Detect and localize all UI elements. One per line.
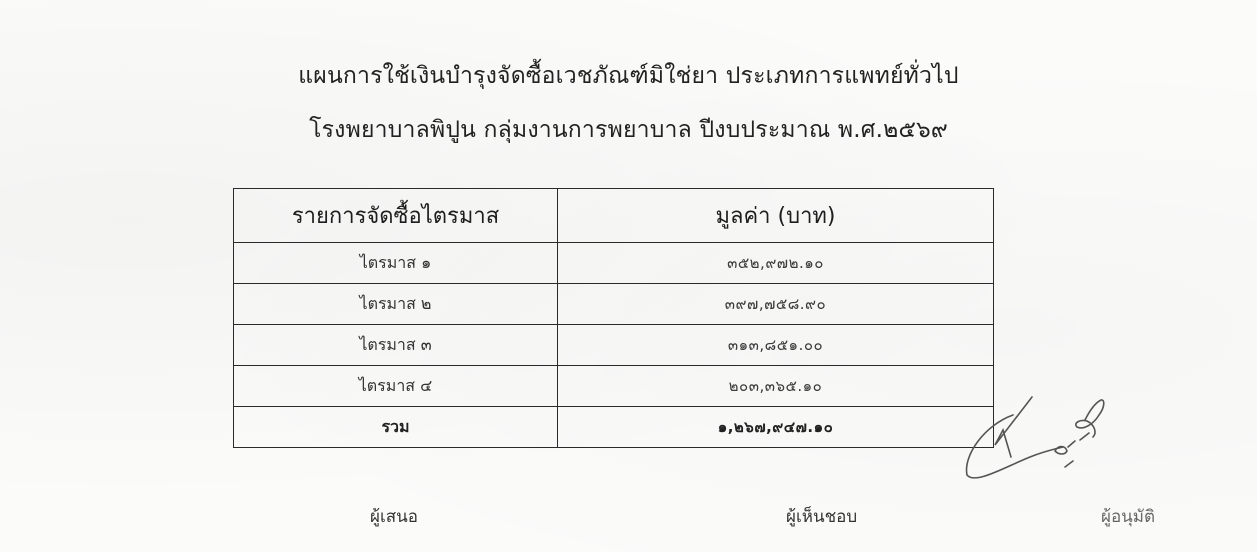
table-row: ไตรมาส ๒ ๓๙๗,๗๕๘.๙๐ bbox=[234, 284, 994, 325]
document-title: แผนการใช้เงินบำรุงจัดซื้อเวชภัณฑ์มิใช่ยา… bbox=[0, 58, 1257, 94]
total-label: รวม bbox=[234, 407, 558, 448]
quarter-label: ไตรมาส ๒ bbox=[234, 284, 558, 325]
quarter-label: ไตรมาส ๓ bbox=[234, 325, 558, 366]
table-row: ไตรมาส ๓ ๓๑๓,๘๕๑.๐๐ bbox=[234, 325, 994, 366]
total-row: รวม ๑,๒๖๗,๙๔๗.๑๐ bbox=[234, 407, 994, 448]
table-header-row: รายการจัดซื้อไตรมาส มูลค่า (บาท) bbox=[234, 189, 994, 243]
quarter-label: ไตรมาส ๑ bbox=[234, 243, 558, 284]
total-value: ๑,๒๖๗,๙๔๗.๑๐ bbox=[558, 407, 994, 448]
endorser-label: ผู้เห็นชอบ bbox=[786, 503, 857, 530]
column-header-value: มูลค่า (บาท) bbox=[558, 189, 994, 243]
quarter-value: ๓๕๒,๙๗๒.๑๐ bbox=[558, 243, 994, 284]
table-row: ไตรมาส ๑ ๓๕๒,๙๗๒.๑๐ bbox=[234, 243, 994, 284]
handwritten-signature-icon bbox=[955, 385, 1125, 485]
approver-label: ผู้อนุมัติ bbox=[1101, 503, 1155, 530]
column-header-quarter: รายการจัดซื้อไตรมาส bbox=[234, 189, 558, 243]
quarter-value: ๒๐๓,๓๖๕.๑๐ bbox=[558, 366, 994, 407]
quarter-label: ไตรมาส ๔ bbox=[234, 366, 558, 407]
document-subtitle: โรงพยาบาลพิปูน กลุ่มงานการพยาบาล ปีงบประ… bbox=[0, 112, 1257, 148]
table-row: ไตรมาส ๔ ๒๐๓,๓๖๕.๑๐ bbox=[234, 366, 994, 407]
quarter-value: ๓๑๓,๘๕๑.๐๐ bbox=[558, 325, 994, 366]
proposer-label: ผู้เสนอ bbox=[370, 503, 418, 530]
quarterly-budget-table: รายการจัดซื้อไตรมาส มูลค่า (บาท) ไตรมาส … bbox=[233, 188, 994, 448]
quarter-value: ๓๙๗,๗๕๘.๙๐ bbox=[558, 284, 994, 325]
